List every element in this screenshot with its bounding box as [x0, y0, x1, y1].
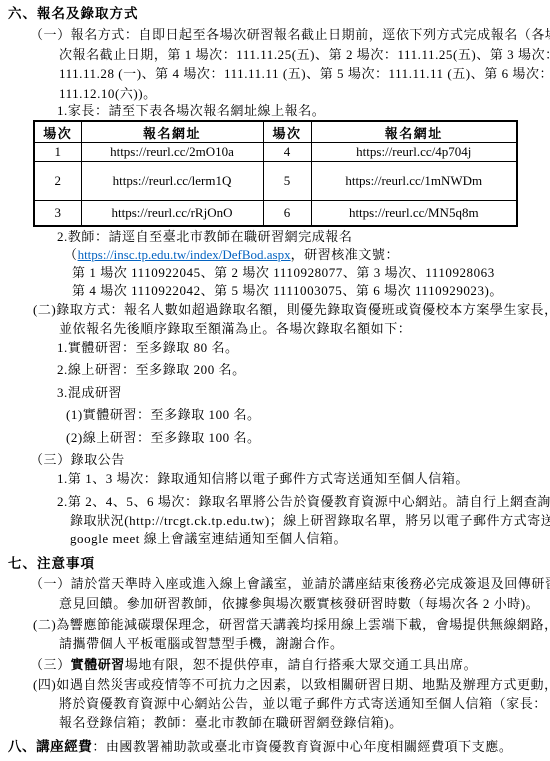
session-column-header: 場次	[263, 121, 311, 143]
announcement-item-2-line-2: 錄取狀況(http://trcgt.ck.tp.edu.tw)；線上研習錄取名單…	[70, 513, 550, 529]
note-4-line-1: (四)如遇自然災害或疫情等不可抗力之因素，以致相關研習日期、地點及辦理方式更動，	[33, 677, 550, 693]
open-paren: （	[64, 247, 78, 262]
registration-url-cell: https://reurl.cc/2mO10a	[81, 143, 263, 162]
section-8-line: 八、講座經費：由國教署補助款或臺北市資優教育資源中心年度相關經費項下支應。	[8, 739, 512, 755]
registration-url-cell: https://reurl.cc/lerm1Q	[81, 162, 263, 201]
note-4-line-3: 報名登錄信箱；教師：臺北市教師在職研習網登錄信箱)。	[59, 715, 403, 731]
registration-url-cell: https://reurl.cc/rRjOnO	[81, 201, 263, 227]
table-row: 2 https://reurl.cc/lerm1Q 5 https://reur…	[34, 162, 517, 201]
quota-hybrid-online-line: (2)線上研習：至多錄取 100 名。	[66, 430, 261, 446]
url-column-header: 報名網址	[311, 121, 517, 143]
quota-physical-line: 1.實體研習：至多錄取 80 名。	[57, 340, 239, 356]
registration-method-line-4: 111.12.10(六))。	[59, 86, 157, 102]
session-number-cell: 3	[34, 201, 81, 227]
announcement-item-1: 1.第 1、3 場次：錄取通知信將以電子郵件方式寄送通知至個人信箱。	[57, 471, 469, 487]
teacher-registration-link[interactable]: https://insc.tp.edu.tw/index/DefBod.aspx	[78, 247, 291, 262]
session-number-cell: 2	[34, 162, 81, 201]
session-number-cell: 1	[34, 143, 81, 162]
section-7-heading: 七、注意事項	[8, 556, 95, 572]
quota-hybrid-physical-line: (1)實體研習：至多錄取 100 名。	[66, 407, 261, 423]
session-number-cell: 6	[263, 201, 311, 227]
quota-online-line: 2.線上研習：至多錄取 200 名。	[57, 362, 246, 378]
section-8-rest: ：由國教署補助款或臺北市資優教育資源中心年度相關經費項下支應。	[92, 739, 512, 754]
quota-hybrid-line: 3.混成研習	[57, 385, 122, 401]
url-column-header: 報名網址	[81, 121, 263, 143]
document-page: 六、報名及錄取方式 （一）報名方式：自即日起至各場次研習報名截止日期前，逕依下列…	[0, 0, 550, 761]
note-3-rest: 場地有限，恕不提供停車，請自行搭乘大眾交通工具出席。	[125, 657, 477, 672]
teachers-registration-line-1: 2.教師：請逕自至臺北市教師在職研習網完成報名	[57, 229, 352, 245]
announcement-heading: （三）錄取公告	[30, 452, 125, 468]
note-2-line-2: 請攜帶個人平板電腦或智慧型手機，謝謝合作。	[59, 636, 344, 652]
session-number-cell: 4	[263, 143, 311, 162]
table-row: 3 https://reurl.cc/rRjOnO 6 https://reur…	[34, 201, 517, 227]
approval-numbers-line-1: 第 1 場次 1110922045、第 2 場次 1110928077、第 3 …	[72, 265, 495, 281]
note-3-bold-term: 實體研習	[71, 657, 125, 672]
note-1-line-1: （一）請於當天準時入座或進入線上會議室，並請於講座結束後務必完成簽退及回傳研習	[30, 576, 550, 592]
section-6-heading: 六、報名及錄取方式	[8, 6, 139, 22]
registration-url-table: 場次 報名網址 場次 報名網址 1 https://reurl.cc/2mO10…	[33, 120, 518, 227]
registration-method-line-3: 111.11.28 (一)、第 4 場次：111.11.11 (五)、第 5 場…	[59, 66, 550, 82]
note-3-number: （三）	[30, 657, 71, 672]
registration-url-cell: https://reurl.cc/1mNWDm	[311, 162, 517, 201]
table-row: 1 https://reurl.cc/2mO10a 4 https://reur…	[34, 143, 517, 162]
session-number-cell: 5	[263, 162, 311, 201]
approval-number-label: ，研習核准文號：	[291, 247, 399, 262]
note-4-line-2: 將於資優教育資源中心網站公告，並以電子郵件方式寄送通知至個人信箱（家長：	[59, 696, 547, 712]
parents-registration-line: 1.家長：請至下表各場次報名網址線上報名。	[57, 103, 325, 119]
registration-url-cell: https://reurl.cc/4p704j	[311, 143, 517, 162]
admission-method-line-2: 並依報名先後順序錄取至額滿為止。各場次錄取名額如下：	[59, 321, 411, 337]
registration-method-line-2: 次報名截止日期，第 1 場次：111.11.25(五)、第 2 場次：111.1…	[59, 47, 550, 63]
approval-numbers-line-2: 第 4 場次 1110922042、第 5 場次 1111003075、第 6 …	[72, 283, 503, 299]
announcement-item-2-line-1: 2.第 2、4、5、6 場次：錄取名單將公告於資優教育資源中心網站。請自行上網查…	[57, 494, 550, 510]
announcement-item-2-line-3: google meet 線上會議室連結通知至個人信箱。	[70, 531, 347, 547]
teachers-registration-line-2: （https://insc.tp.edu.tw/index/DefBod.asp…	[64, 247, 399, 263]
section-8-heading: 八、講座經費	[8, 739, 92, 754]
note-3-line: （三）實體研習場地有限，恕不提供停車，請自行搭乘大眾交通工具出席。	[30, 657, 477, 673]
session-column-header: 場次	[34, 121, 81, 143]
note-1-line-2: 意見回饋。參加研習教師，依據參與場次覈實核發研習時數（每場次各 2 小時)。	[59, 596, 539, 612]
note-2-line-1: (二)為響應節能減碳環保理念，研習當天講義均採用線上雲端下載，會場提供無線網路，	[33, 617, 550, 633]
registration-url-cell: https://reurl.cc/MN5q8m	[311, 201, 517, 227]
table-header-row: 場次 報名網址 場次 報名網址	[34, 121, 517, 143]
admission-method-line-1: (二)錄取方式：報名人數如超過錄取名額，則優先錄取資優班或資優校本方案學生家長，	[33, 302, 550, 318]
registration-method-line-1: （一）報名方式：自即日起至各場次研習報名截止日期前，逕依下列方式完成報名（各場	[30, 27, 550, 43]
